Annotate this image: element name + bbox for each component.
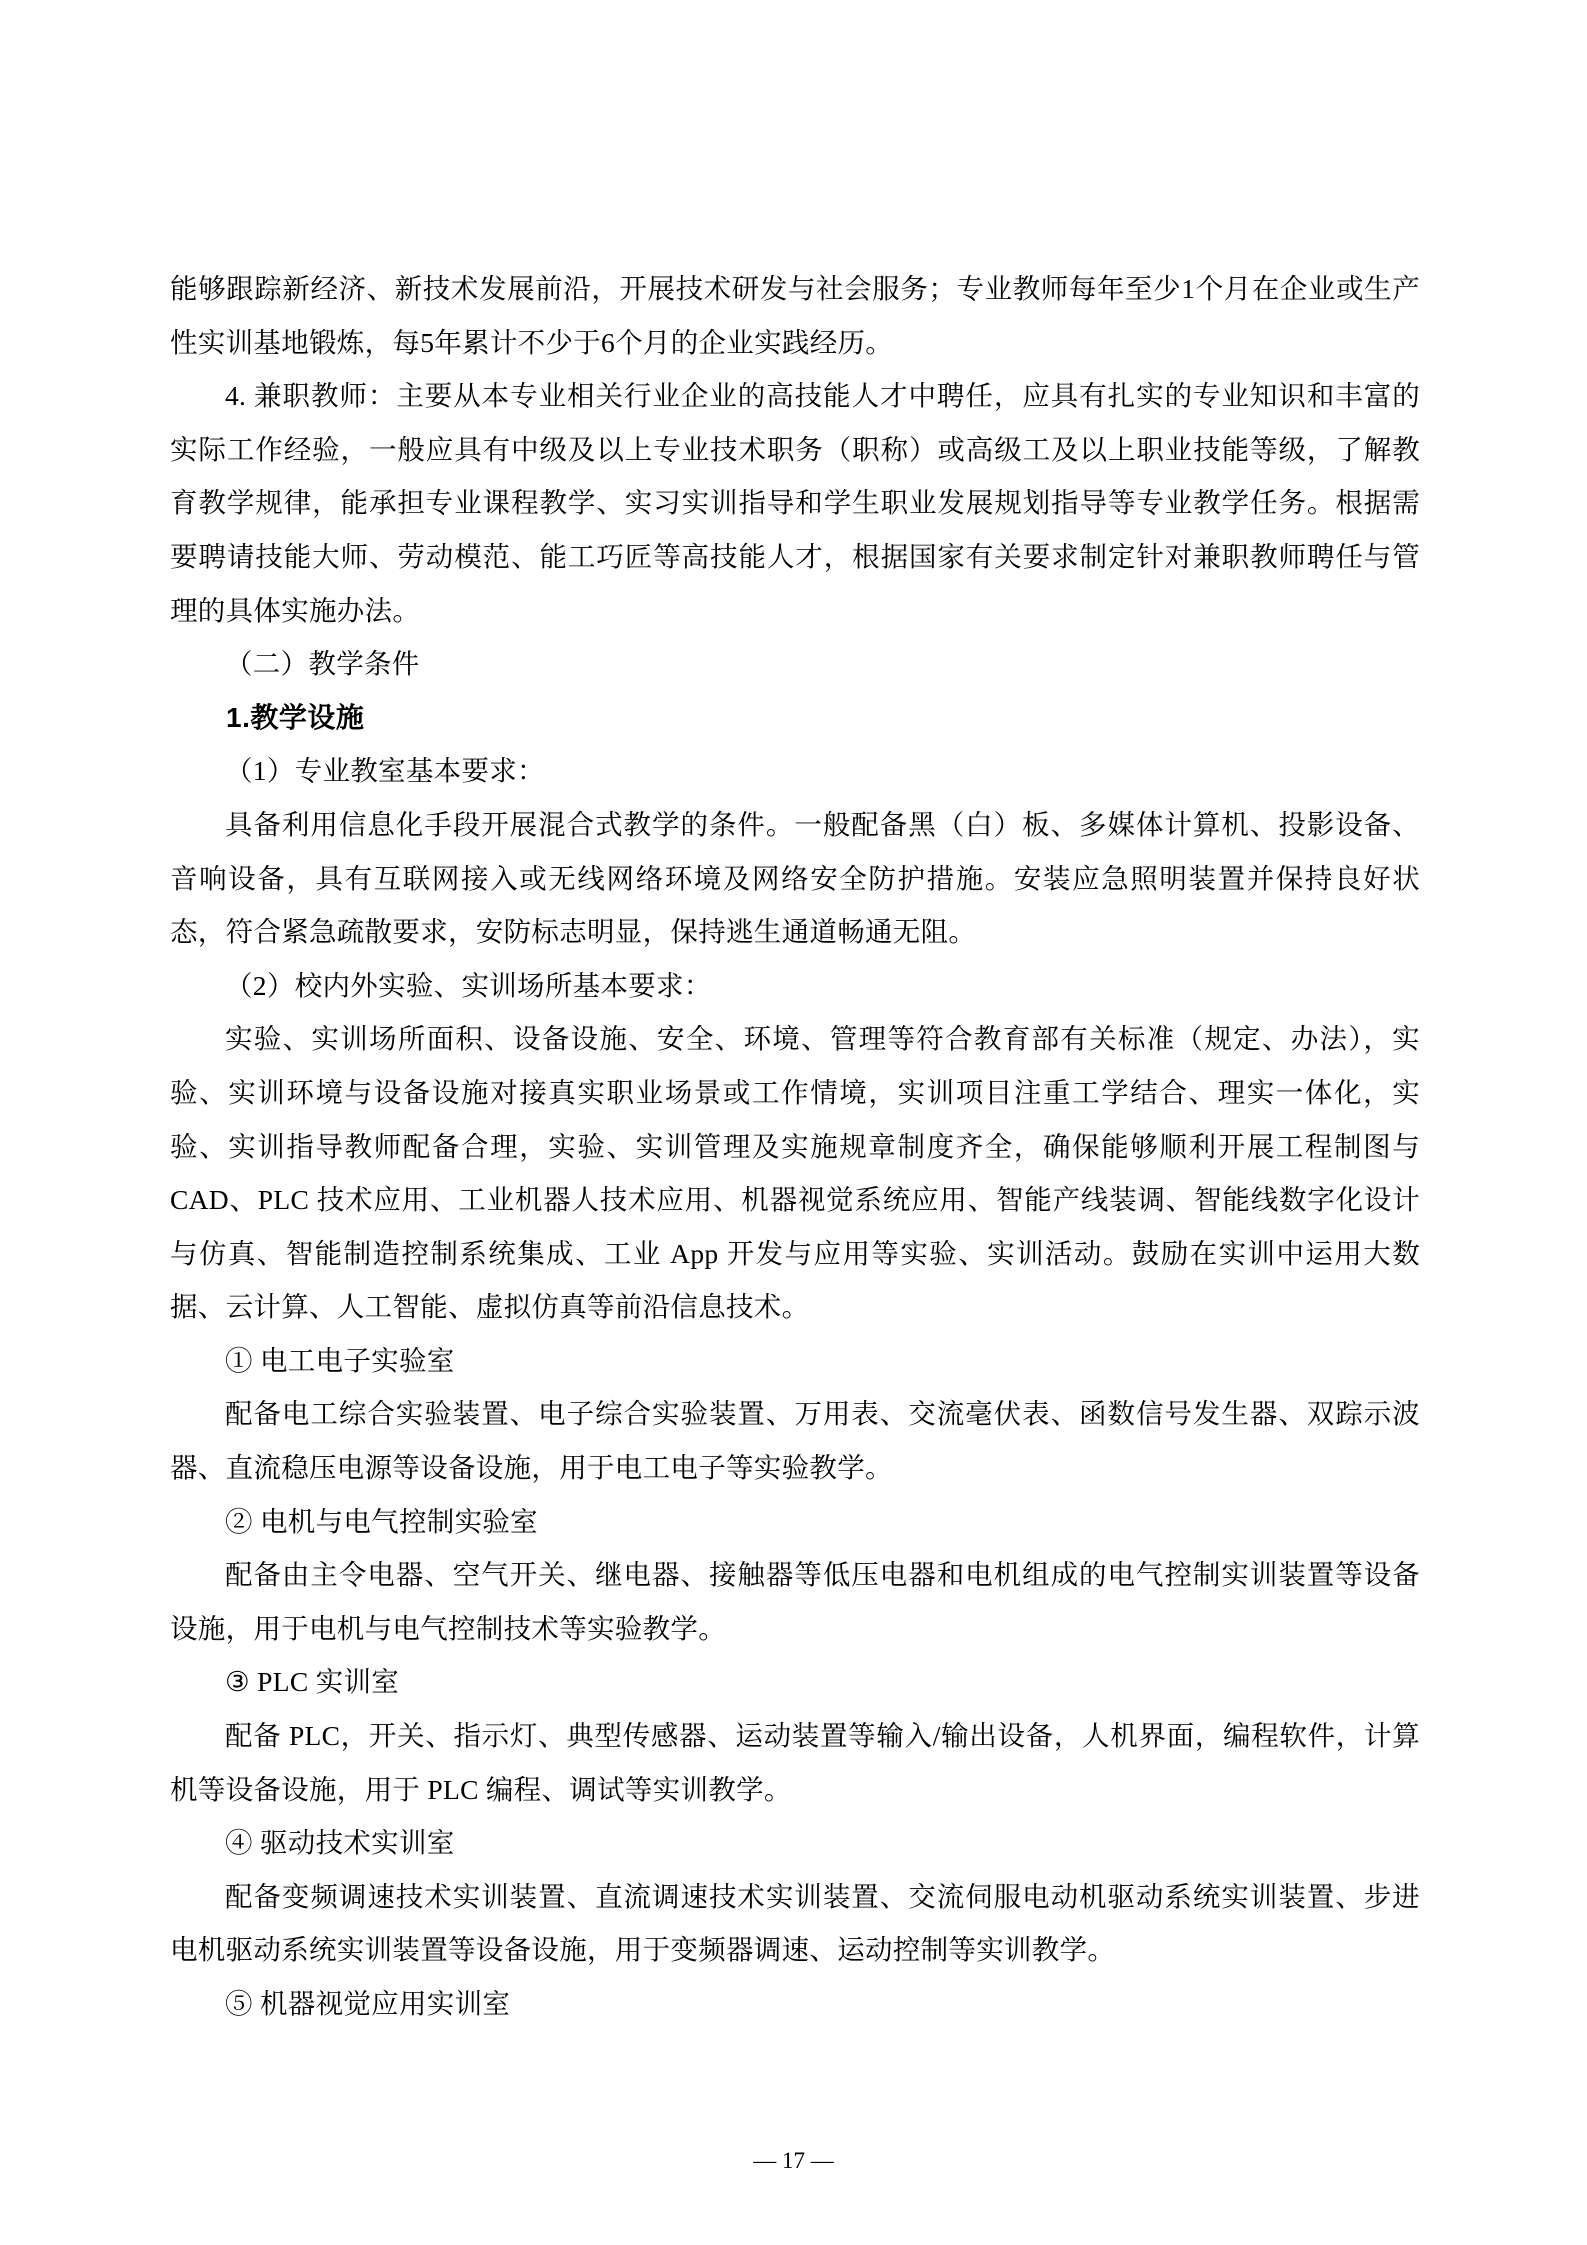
- heading-classroom-basic-requirements: （1）专业教室基本要求：: [170, 744, 1420, 798]
- paragraph-faculty-practice-continuation: 能够跟踪新经济、新技术发展前沿，开展技术研发与社会服务；专业教师每年至少1个月在…: [170, 262, 1420, 369]
- paragraph-lab-4-equipment: 配备变频调速技术实训装置、直流调速技术实训装置、交流伺服电动机驱动系统实训装置、…: [170, 1870, 1420, 1977]
- heading-teaching-facilities: 1.教学设施: [170, 691, 1420, 745]
- heading-lab-site-basic-requirements: （2）校内外实验、实训场所基本要求：: [170, 959, 1420, 1013]
- heading-lab-2-motor-electric-control: ② 电机与电气控制实验室: [170, 1495, 1420, 1549]
- heading-lab-3-plc: ③ PLC 实训室: [170, 1655, 1420, 1709]
- page-number: — 17 —: [753, 2148, 834, 2173]
- heading-lab-1-electrical-electronics: ① 电工电子实验室: [170, 1334, 1420, 1388]
- page-footer: — 17 —: [0, 2146, 1587, 2176]
- paragraph-lab-1-equipment: 配备电工综合实验装置、电子综合实验装置、万用表、交流毫伏表、函数信号发生器、双踪…: [170, 1387, 1420, 1494]
- heading-lab-4-drive-technology: ④ 驱动技术实训室: [170, 1816, 1420, 1870]
- heading-teaching-conditions: （二）教学条件: [170, 637, 1420, 691]
- paragraph-lab-3-equipment: 配备 PLC，开关、指示灯、典型传感器、运动装置等输入/输出设备，人机界面，编程…: [170, 1709, 1420, 1816]
- paragraph-lab-site-requirements: 实验、实训场所面积、设备设施、安全、环境、管理等符合教育部有关标准（规定、办法）…: [170, 1012, 1420, 1334]
- paragraph-part-time-teachers: 4. 兼职教师：主要从本专业相关行业企业的高技能人才中聘任，应具有扎实的专业知识…: [170, 369, 1420, 637]
- heading-lab-5-machine-vision: ⑤ 机器视觉应用实训室: [170, 1977, 1420, 2031]
- paragraph-classroom-requirements: 具备利用信息化手段开展混合式教学的条件。一般配备黑（白）板、多媒体计算机、投影设…: [170, 798, 1420, 959]
- paragraph-lab-2-equipment: 配备由主令电器、空气开关、继电器、接触器等低压电器和电机组成的电气控制实训装置等…: [170, 1548, 1420, 1655]
- document-body: 能够跟踪新经济、新技术发展前沿，开展技术研发与社会服务；专业教师每年至少1个月在…: [170, 262, 1420, 2031]
- document-page: 能够跟踪新经济、新技术发展前沿，开展技术研发与社会服务；专业教师每年至少1个月在…: [0, 0, 1587, 2245]
